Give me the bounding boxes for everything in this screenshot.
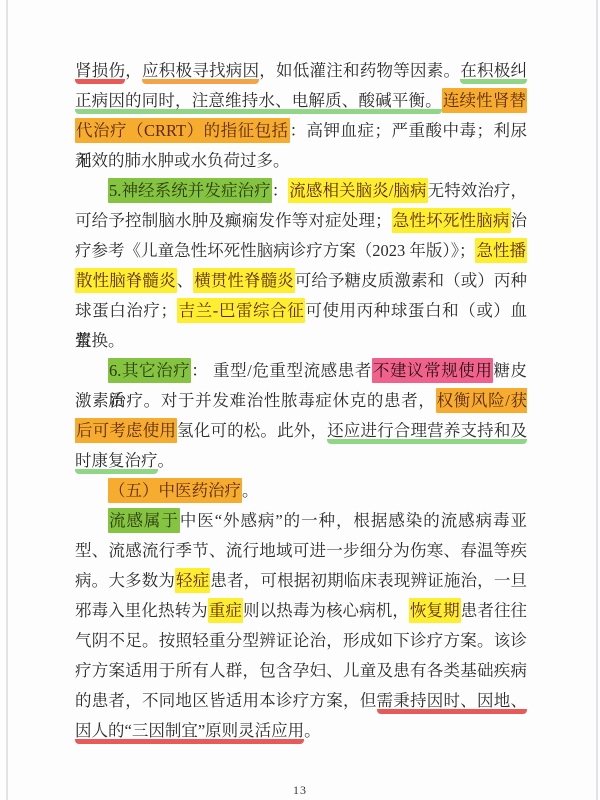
plain-text: 可给予控制脑水肿及癫痫发作等对症处理；	[75, 211, 392, 230]
plain-text: 。	[304, 721, 321, 740]
plain-text: 患者往往	[461, 601, 527, 620]
plain-text: 的患者，不同地区皆适用本诊疗方案，但	[75, 691, 377, 710]
highlighted-text: 流感相关脑炎/脑病	[288, 178, 427, 203]
plain-text: ，如低灌注和药物等因素。	[259, 61, 460, 80]
highlighted-text: 急性播	[475, 238, 527, 263]
text-line: 流感属于中医“外感病”的一种，根据感染的流感病毒亚	[75, 506, 527, 536]
highlighted-text: 后可考虑使用	[75, 418, 177, 443]
highlighted-text: 横贯性脊髓炎	[193, 268, 295, 293]
text-line: 置换。	[75, 326, 527, 356]
underlined-text: 需秉持因时、因地、	[377, 691, 528, 714]
text-line: 6.其它治疗： 重型/危重型流感患者不建议常规使用糖皮质	[75, 356, 527, 386]
highlighted-text: 6.其它治疗	[108, 358, 191, 383]
highlighted-text: 恢复期	[409, 598, 461, 623]
plain-text: 邪毒入里化热转为	[75, 601, 208, 620]
plain-text: 型、流感流行季节、流行地域可进一步细分为伤寒、春温等疾	[75, 541, 527, 560]
scanned-document-page: 肾损伤，应积极寻找病因，如低灌注和药物等因素。在积极纠正病因的同时，注意维持水、…	[0, 0, 600, 800]
plain-text: 。	[158, 451, 175, 470]
highlighted-text: 散性脑脊髓炎	[75, 268, 177, 293]
text-line: 时康复治疗。	[75, 446, 527, 476]
plain-text: 。	[242, 481, 259, 500]
text-line: 病。大多数为轻症患者，可根据初期临床表现辨证施治，一旦	[75, 566, 527, 596]
highlighted-text: 代治疗（CRRT）的指征包括	[75, 118, 290, 143]
text-line: 疗方案适用于所有人群，包含孕妇、儿童及患有各类基础疾病	[75, 656, 527, 686]
text-line: 后可考虑使用氢化可的松。此外，还应进行合理营养支持和及	[75, 416, 527, 446]
text-line: 气阴不足。按照轻重分型辨证论治，形成如下诊疗方案。该诊	[75, 626, 527, 656]
underlined-text: 在积极纠	[460, 61, 527, 84]
text-line: 型、流感流行季节、流行地域可进一步细分为伤寒、春温等疾	[75, 536, 527, 566]
plain-text: 患者，可根据初期临床表现辨证施治，一旦	[210, 571, 527, 590]
underlined-text: 还应进行合理营养支持和及	[327, 421, 527, 444]
highlighted-text: 连续性肾替	[442, 88, 527, 113]
plain-text: 置换。	[75, 331, 125, 350]
plain-text: 无特效治疗，	[428, 181, 527, 200]
page-left-edge	[6, 0, 8, 800]
underlined-text: 时康复治疗	[75, 451, 158, 474]
text-line: 球蛋白治疗；吉兰-巴雷综合征可使用丙种球蛋白和（或）血浆	[75, 296, 527, 326]
plain-text: ：	[272, 181, 289, 200]
plain-text: 气阴不足。按照轻重分型辨证论治，形成如下诊疗方案。该诊	[75, 631, 527, 650]
text-line: 邪毒入里化热转为重症则以热毒为核心病机，恢复期患者往往	[75, 596, 527, 626]
text-line: 的患者，不同地区皆适用本诊疗方案，但需秉持因时、因地、	[75, 686, 527, 716]
text-line: 疗参考《儿童急性坏死性脑病诊疗方案（2023 年版）》；急性播	[75, 236, 527, 266]
plain-text: ： 重型/危重型流感患者	[191, 361, 372, 380]
text-line: 激素治疗。对于并发难治性脓毒症休克的患者，权衡风险/获益	[75, 386, 527, 416]
text-line: 无效的肺水肿或水负荷过多。	[75, 146, 527, 176]
plain-text: 激素治疗。对于并发难治性脓毒症休克的患者，	[75, 391, 436, 410]
underlined-text: 肾损伤	[75, 61, 125, 84]
text-line: （五）中医药治疗。	[75, 476, 527, 506]
text-line: 代治疗（CRRT）的指征包括：高钾血症；严重酸中毒；利尿剂	[75, 116, 527, 146]
page-number: 13	[0, 783, 600, 798]
underlined-text: 正病因的同时，注意维持水、电解质、酸碱平衡。	[75, 91, 442, 114]
highlighted-text: 重症	[208, 598, 243, 623]
document-body-text: 肾损伤，应积极寻找病因，如低灌注和药物等因素。在积极纠正病因的同时，注意维持水、…	[75, 56, 527, 746]
highlighted-text: （五）中医药治疗	[108, 478, 242, 503]
plain-text: 中医“外感病”的一种，根据感染的流感病毒亚	[180, 511, 527, 530]
plain-text: 疗方案适用于所有人群，包含孕妇、儿童及患有各类基础疾病	[75, 661, 527, 680]
plain-text: 则以热毒为核心病机，	[243, 601, 409, 620]
text-line: 因人的“三因制宜”原则灵活应用。	[75, 716, 527, 746]
underlined-text: 应积极寻找病因	[142, 61, 259, 84]
plain-text: 治	[511, 211, 528, 230]
highlighted-text: 急性坏死性脑病	[392, 208, 511, 233]
text-line: 可给予控制脑水肿及癫痫发作等对症处理；急性坏死性脑病治	[75, 206, 527, 236]
text-line: 5.神经系统并发症治疗：流感相关脑炎/脑病无特效治疗，	[75, 176, 527, 206]
plain-text: 氢化可的松。此外，	[177, 421, 327, 440]
text-line: 正病因的同时，注意维持水、电解质、酸碱平衡。连续性肾替	[75, 86, 527, 116]
plain-text: ，	[125, 61, 142, 80]
plain-text: 无效的肺水肿或水负荷过多。	[75, 151, 290, 170]
plain-text: 、	[177, 271, 194, 290]
highlighted-text: 流感属于	[108, 508, 180, 533]
plain-text: 疗参考《儿童急性坏死性脑病诊疗方案（2023 年版）》；	[75, 241, 475, 260]
text-line: 散性脑脊髓炎、横贯性脊髓炎可给予糖皮质激素和（或）丙种	[75, 266, 527, 296]
plain-text: 病。大多数为	[75, 571, 175, 590]
underlined-text: 因人的“三因制宜”原则灵活应用	[75, 721, 304, 744]
text-line: 肾损伤，应积极寻找病因，如低灌注和药物等因素。在积极纠	[75, 56, 527, 86]
highlighted-text: 不建议常规使用	[372, 358, 494, 383]
page-right-edge	[596, 0, 598, 800]
plain-text: 球蛋白治疗；	[75, 301, 177, 320]
highlighted-text: 轻症	[175, 568, 210, 593]
plain-text: 可给予糖皮质激素和（或）丙种	[295, 271, 527, 290]
highlighted-text: 吉兰-巴雷综合征	[177, 298, 305, 323]
highlighted-text: 5.神经系统并发症治疗	[108, 178, 272, 203]
